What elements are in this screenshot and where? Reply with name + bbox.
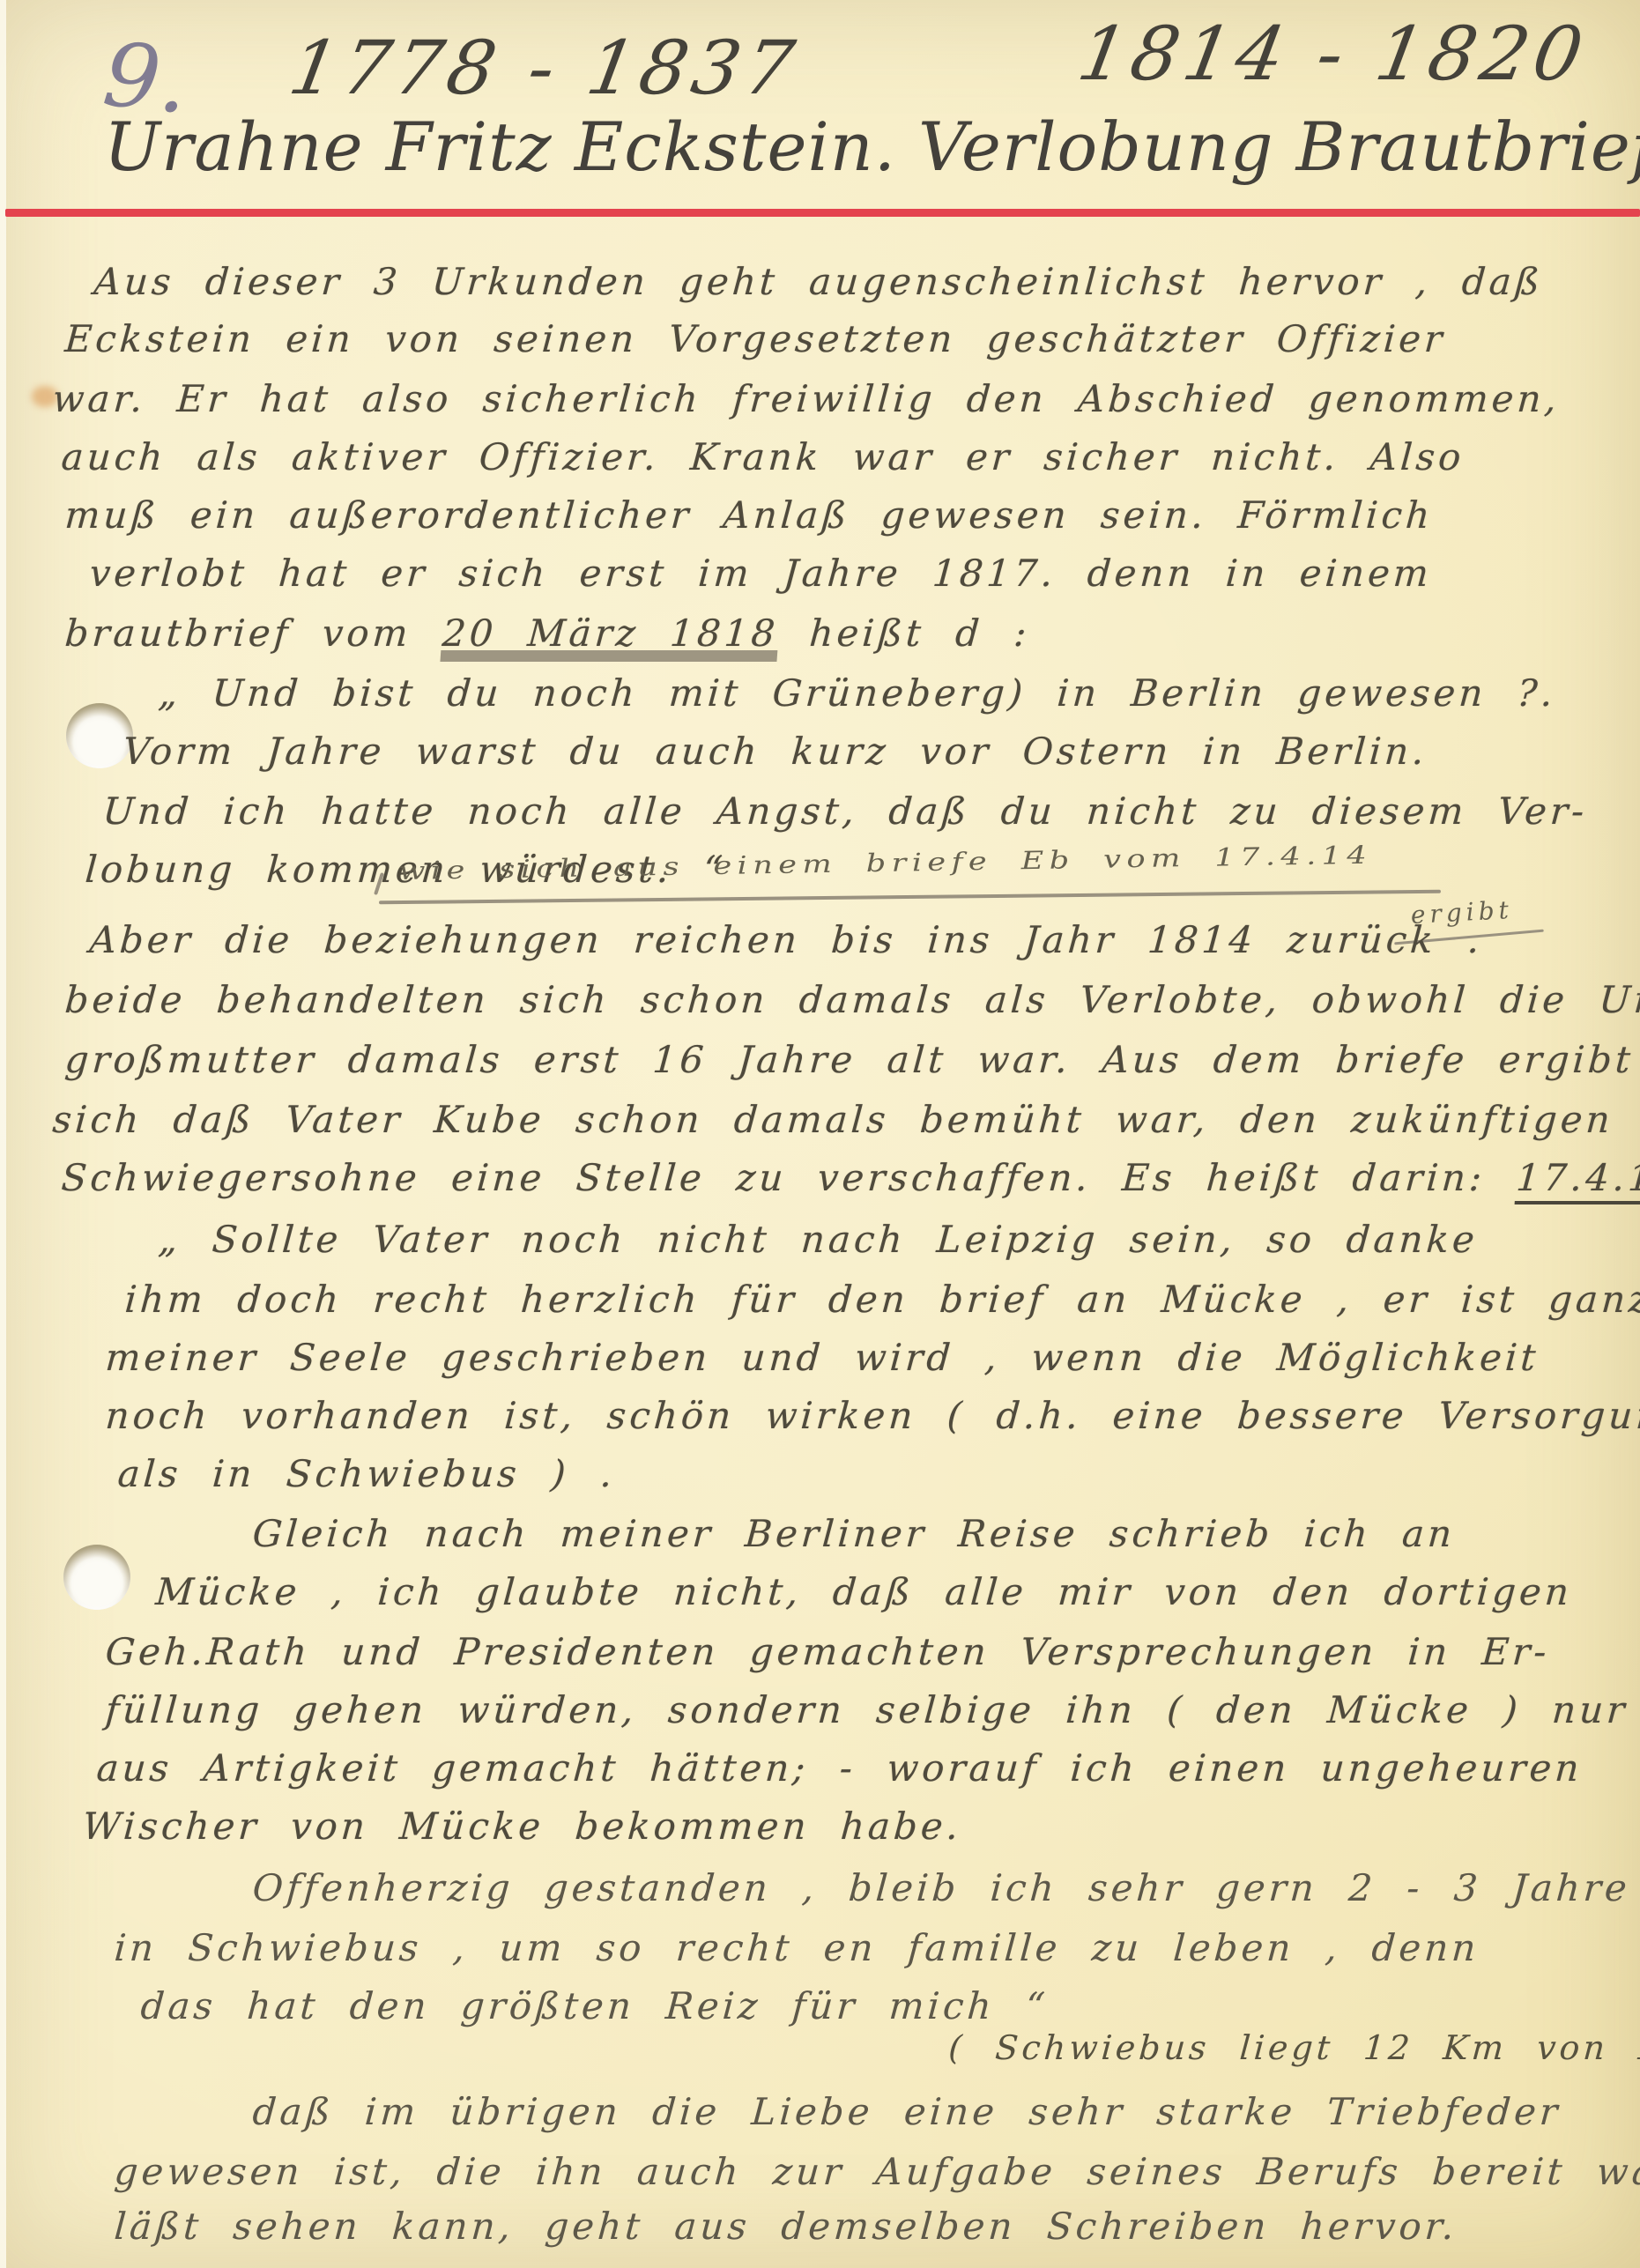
handwriting-line: Offenherzig gestanden , bleib ich sehr g… bbox=[251, 1866, 1632, 1909]
handwriting-line: großmutter damals erst 16 Jahre alt war.… bbox=[63, 1038, 1636, 1081]
handwriting-line: Wischer von Mücke bekommen habe. bbox=[81, 1805, 963, 1848]
handwriting-line: muß ein außerordentlicher Anlaß gewesen … bbox=[63, 493, 1435, 537]
date-range-right: 1814 - 1820 bbox=[1072, 11, 1594, 97]
text-run: beide behandelten sich schon damals als … bbox=[63, 978, 1640, 1021]
text-run: Vorm Jahre warst du auch kurz vor Ostern… bbox=[122, 730, 1429, 773]
handwriting-line: Gleich nach meiner Berliner Reise schrie… bbox=[251, 1512, 1457, 1555]
text-run: ( Schwiebus liegt 12 Km von Brätz ) bbox=[947, 2028, 1640, 2067]
handwriting-line: ( Schwiebus liegt 12 Km von Brätz ) bbox=[947, 2028, 1640, 2067]
text-run: Geh.Rath und Presidenten gemachten Versp… bbox=[104, 1630, 1551, 1673]
text-run: Wischer von Mücke bekommen habe. bbox=[81, 1805, 963, 1848]
text-run: auch als aktiver Offizier. Krank war er … bbox=[60, 435, 1466, 478]
underlined-text: 20 März 1818 bbox=[441, 611, 780, 662]
text-run: in Schwiebus , um so recht en famille zu… bbox=[113, 1926, 1480, 1969]
handwriting-line: Vorm Jahre warst du auch kurz vor Ostern… bbox=[122, 730, 1429, 773]
text-run: gewesen ist, die ihn auch zur Aufgabe se… bbox=[113, 2150, 1640, 2193]
text-run: aus Artigkeit gemacht hätten; - worauf i… bbox=[95, 1746, 1584, 1790]
text-run: noch vorhanden ist, schön wirken ( d.h. … bbox=[104, 1394, 1640, 1437]
scan-edge bbox=[0, 0, 6, 2268]
handwriting-line: brautbrief vom 20 März 1818 heißt d : bbox=[63, 611, 1031, 655]
handwriting-line: aus Artigkeit gemacht hätten; - worauf i… bbox=[95, 1746, 1584, 1790]
text-run: Aus dieser 3 Urkunden geht augenscheinli… bbox=[93, 260, 1545, 303]
text-run: war. Er hat also sicherlich freiwillig d… bbox=[51, 377, 1562, 420]
text-run: Offenherzig gestanden , bleib ich sehr g… bbox=[251, 1866, 1632, 1909]
text-run: läßt sehen kann, geht aus demselben Schr… bbox=[113, 2205, 1458, 2248]
text-run: „ Und bist du noch mit Grüneberg) in Ber… bbox=[157, 671, 1558, 715]
text-run: ihm doch recht herzlich für den brief an… bbox=[123, 1278, 1640, 1321]
underlined-text: 17.4.14 bbox=[1514, 1156, 1640, 1204]
margin-note-ergibt: ergibt bbox=[1410, 895, 1514, 930]
handwriting-line: auch als aktiver Offizier. Krank war er … bbox=[60, 435, 1466, 478]
text-run: „ Sollte Vater noch nicht nach Leipzig s… bbox=[157, 1218, 1480, 1261]
text-run: daß im übrigen die Liebe eine sehr stark… bbox=[251, 2090, 1562, 2133]
pencil-underline-note bbox=[379, 890, 1441, 905]
text-run: sich daß Vater Kube schon damals bemüht … bbox=[51, 1098, 1614, 1141]
text-run: verlobt hat er sich erst im Jahre 1817. … bbox=[88, 552, 1434, 595]
text-run: meiner Seele geschrieben und wird , wenn… bbox=[104, 1336, 1540, 1379]
handwriting-line: Und ich hatte noch alle Angst, daß du ni… bbox=[101, 789, 1589, 833]
handwriting-line: ihm doch recht herzlich für den brief an… bbox=[123, 1278, 1640, 1321]
text-run: Gleich nach meiner Berliner Reise schrie… bbox=[251, 1512, 1457, 1555]
handwriting-line: sich daß Vater Kube schon damals bemüht … bbox=[51, 1098, 1614, 1141]
text-run: Und ich hatte noch alle Angst, daß du ni… bbox=[101, 789, 1589, 833]
date-range-left: 1778 - 1837 bbox=[283, 25, 805, 111]
handwriting-line: das hat den größten Reiz für mich “ bbox=[139, 1984, 1050, 2027]
handwriting-line: Schwiegersohne eine Stelle zu verschaffe… bbox=[60, 1156, 1640, 1199]
handwriting-line: noch vorhanden ist, schön wirken ( d.h. … bbox=[104, 1394, 1640, 1437]
handwriting-line: war. Er hat also sicherlich freiwillig d… bbox=[51, 377, 1562, 420]
text-run: brautbrief vom bbox=[63, 611, 444, 655]
red-rule bbox=[5, 209, 1640, 217]
handwriting-line: als in Schwiebus ) . bbox=[116, 1452, 617, 1495]
handwriting-line: „ Sollte Vater noch nicht nach Leipzig s… bbox=[157, 1218, 1480, 1261]
text-run: großmutter damals erst 16 Jahre alt war.… bbox=[63, 1038, 1636, 1081]
handwriting-line: „ Und bist du noch mit Grüneberg) in Ber… bbox=[157, 671, 1558, 715]
handwriting-line: Aber die beziehungen reichen bis ins Jah… bbox=[88, 918, 1484, 961]
handwriting-line: meiner Seele geschrieben und wird , wenn… bbox=[104, 1336, 1540, 1379]
text-run: füllung gehen würden, sondern selbige ih… bbox=[104, 1688, 1629, 1731]
handwriting-line: verlobt hat er sich erst im Jahre 1817. … bbox=[88, 552, 1434, 595]
handwriting-line: gewesen ist, die ihn auch zur Aufgabe se… bbox=[113, 2150, 1640, 2193]
text-run: Aber die beziehungen reichen bis ins Jah… bbox=[88, 918, 1484, 961]
handwriting-line: in Schwiebus , um so recht en famille zu… bbox=[113, 1926, 1480, 1969]
handwriting-line: Mücke , ich glaubte nicht, daß alle mir … bbox=[154, 1570, 1574, 1613]
text-run: das hat den größten Reiz für mich “ bbox=[139, 1984, 1050, 2027]
text-run: Schwiegersohne eine Stelle zu verschaffe… bbox=[60, 1156, 1518, 1199]
text-run: Mücke , ich glaubte nicht, daß alle mir … bbox=[154, 1570, 1574, 1613]
scanned-page: 9. 1778 - 1837 1814 - 1820 Urahne Fritz … bbox=[0, 0, 1640, 2268]
handwriting-line: Geh.Rath und Presidenten gemachten Versp… bbox=[104, 1630, 1551, 1673]
text-run: als in Schwiebus ) . bbox=[116, 1452, 617, 1495]
handwriting-line: Eckstein ein von seinen Vorgesetzten ges… bbox=[63, 317, 1447, 360]
text-run: muß ein außerordentlicher Anlaß gewesen … bbox=[63, 493, 1435, 537]
handwriting-line: läßt sehen kann, geht aus demselben Schr… bbox=[113, 2205, 1458, 2248]
handwriting-line: daß im übrigen die Liebe eine sehr stark… bbox=[251, 2090, 1562, 2133]
hole-punch-bottom bbox=[63, 1545, 130, 1610]
text-run: heißt d : bbox=[777, 611, 1032, 655]
page-title: Urahne Fritz Eckstein. Verlobung Brautbr… bbox=[104, 107, 1640, 186]
handwriting-line: beide behandelten sich schon damals als … bbox=[63, 978, 1640, 1021]
handwriting-line: Aus dieser 3 Urkunden geht augenscheinli… bbox=[93, 260, 1545, 303]
handwriting-line: füllung gehen würden, sondern selbige ih… bbox=[104, 1688, 1629, 1731]
text-run: Eckstein ein von seinen Vorgesetzten ges… bbox=[63, 317, 1447, 360]
